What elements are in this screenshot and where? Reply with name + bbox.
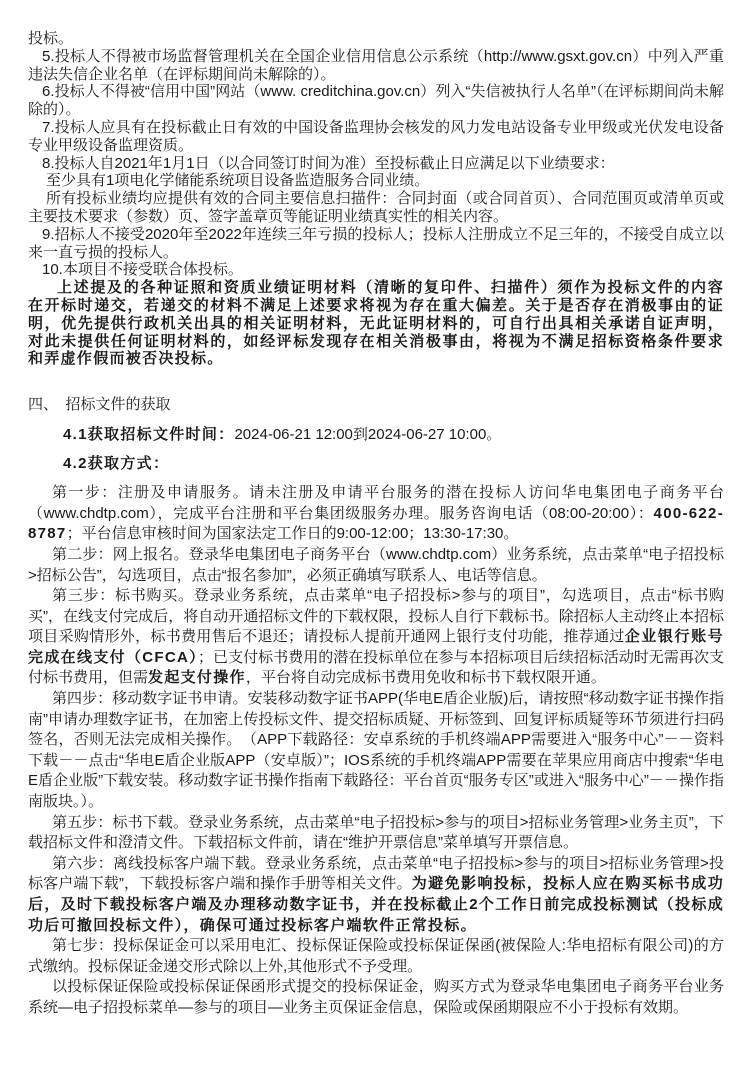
text-run: 第七步：投标保证金可以采用电汇、投标保证保险或投标保证保函(被保险人:华电招标有… (28, 937, 724, 975)
acquisition-paragraphs: 4.1获取招标文件时间：2024-06-21 12:00到2024-06-27 … (28, 425, 724, 1018)
bold-text: 4.2获取方式： (63, 455, 169, 472)
acquisition-section: 四、 招标文件的获取 4.1获取招标文件时间：2024-06-21 12:00到… (28, 395, 724, 1018)
text-run: 9.招标人不接受2020年至2022年连续三年亏损的投标人；投标人注册成立不足三… (28, 226, 724, 261)
paragraph: 第一步：注册及申请服务。请未注册及申请平台服务的潜在投标人访问华电集团电子商务平… (28, 483, 724, 545)
text-run: 第四步：移动数字证书申请。安装移动数字证书APP(华电E盾企业版)后，请按照“移… (28, 690, 724, 810)
qualification-section: 投标。5.投标人不得被市场监督管理机关在全国企业信用信息公示系统（http://… (28, 30, 724, 368)
section-heading: 四、 招标文件的获取 (28, 395, 724, 415)
paragraph: 4.2获取方式： (28, 454, 724, 474)
paragraph: 4.1获取招标文件时间：2024-06-21 12:00到2024-06-27 … (28, 425, 724, 445)
bold-text: 4.1获取招标文件时间： (63, 426, 234, 443)
paragraph: 第三步：标书购买。登录业务系统，点击菜单“电子招投标>参与的项目”，勾选项目，点… (28, 586, 724, 689)
qualification-paragraphs: 投标。5.投标人不得被市场监督管理机关在全国企业信用信息公示系统（http://… (28, 30, 724, 368)
text-run: ；平台信息审核时间为国家法定工作日的9:00-12:00；13:30-17:30… (67, 525, 519, 542)
bid-announcement-document: 投标。5.投标人不得被市场监督管理机关在全国企业信用信息公示系统（http://… (0, 0, 752, 1019)
paragraph: 投标。 (28, 30, 724, 48)
text-run: 5.投标人不得被市场监督管理机关在全国企业信用信息公示系统（http://www… (28, 48, 724, 83)
paragraph: 10.本项目不接受联合体投标。 (28, 261, 724, 279)
text-run: 第一步：注册及申请服务。请未注册及申请平台服务的潜在投标人访问华电集团电子商务平… (28, 484, 724, 522)
paragraph: 第六步：离线投标客户端下载。登录业务系统，点击菜单“电子招投标>参与的项目>招标… (28, 854, 724, 936)
paragraph: 所有投标业绩均应提供有效的合同主要信息扫描件：合同封面（或合同首页）、合同范围页… (28, 190, 724, 226)
text-run: 第三步：标书购买。登录业务系统，点击菜单“电子招投标>参与的项目”，勾选项目，点… (28, 587, 724, 645)
text-run: 第五步：标书下载。登录业务系统，点击菜单“电子招投标>参与的项目>招标业务管理>… (28, 814, 724, 852)
paragraph: 6.投标人不得被“信用中国”网站（www. creditchina.gov.cn… (28, 83, 724, 119)
paragraph: 8.投标人自2021年1月1日（以合同签订时间为准）至投标截止日应满足以下业绩要… (28, 155, 724, 173)
paragraph: 7.投标人应具有在投标截止日有效的中国设备监理协会核发的风力发电站设备专业甲级或… (28, 119, 724, 155)
text-run: 7.投标人应具有在投标截止日有效的中国设备监理协会核发的风力发电站设备专业甲级或… (28, 119, 724, 154)
paragraph: 第二步：网上报名。登录华电集团电子商务平台（www.chdtp.com）业务系统… (28, 545, 724, 586)
bold-text: 发起支付操作 (148, 669, 246, 686)
text-run: 2024-06-21 12:00到2024-06-27 10:00。 (234, 426, 501, 443)
paragraph: 9.招标人不接受2020年至2022年连续三年亏损的投标人；投标人注册成立不足三… (28, 226, 724, 262)
text-run: 投标。 (28, 30, 73, 47)
text-run: 所有投标业绩均应提供有效的合同主要信息扫描件：合同封面（或合同首页）、合同范围页… (28, 190, 724, 225)
paragraph: 第五步：标书下载。登录业务系统，点击菜单“电子招投标>参与的项目>招标业务管理>… (28, 813, 724, 854)
text-run: 以投标保证保险或投标保证保函形式提交的投标保证金，购买方式为登录华电集团电子商务… (28, 978, 724, 1016)
bold-text: 上述提及的各种证照和资质业绩证明材料（清晰的复印件、扫描件）须作为投标文件的内容… (28, 279, 724, 367)
paragraph: 第七步：投标保证金可以采用电汇、投标保证保险或投标保证保函(被保险人:华电招标有… (28, 936, 724, 977)
text-run: ，平台将自动完成标书费用免收和标书下载权限开通。 (246, 669, 606, 686)
paragraph: 至少具有1项电化学储能系统项目设备监造服务合同业绩。 (28, 172, 724, 190)
text-run: 6.投标人不得被“信用中国”网站（www. creditchina.gov.cn… (28, 83, 724, 118)
paragraph: 第四步：移动数字证书申请。安装移动数字证书APP(华电E盾企业版)后，请按照“移… (28, 689, 724, 813)
paragraph: 以投标保证保险或投标保证保函形式提交的投标保证金，购买方式为登录华电集团电子商务… (28, 977, 724, 1018)
paragraph: 上述提及的各种证照和资质业绩证明材料（清晰的复印件、扫描件）须作为投标文件的内容… (28, 279, 724, 368)
text-run: 10.本项目不接受联合体投标。 (42, 261, 243, 278)
text-run: 至少具有1项电化学储能系统项目设备监造服务合同业绩。 (46, 172, 429, 189)
paragraph: 5.投标人不得被市场监督管理机关在全国企业信用信息公示系统（http://www… (28, 48, 724, 84)
text-run: 8.投标人自2021年1月1日（以合同签订时间为准）至投标截止日应满足以下业绩要… (42, 155, 615, 172)
text-run: 第二步：网上报名。登录华电集团电子商务平台（www.chdtp.com）业务系统… (28, 546, 724, 584)
document-page: { "page": { "background": "#ffffff", "te… (0, 0, 752, 1069)
